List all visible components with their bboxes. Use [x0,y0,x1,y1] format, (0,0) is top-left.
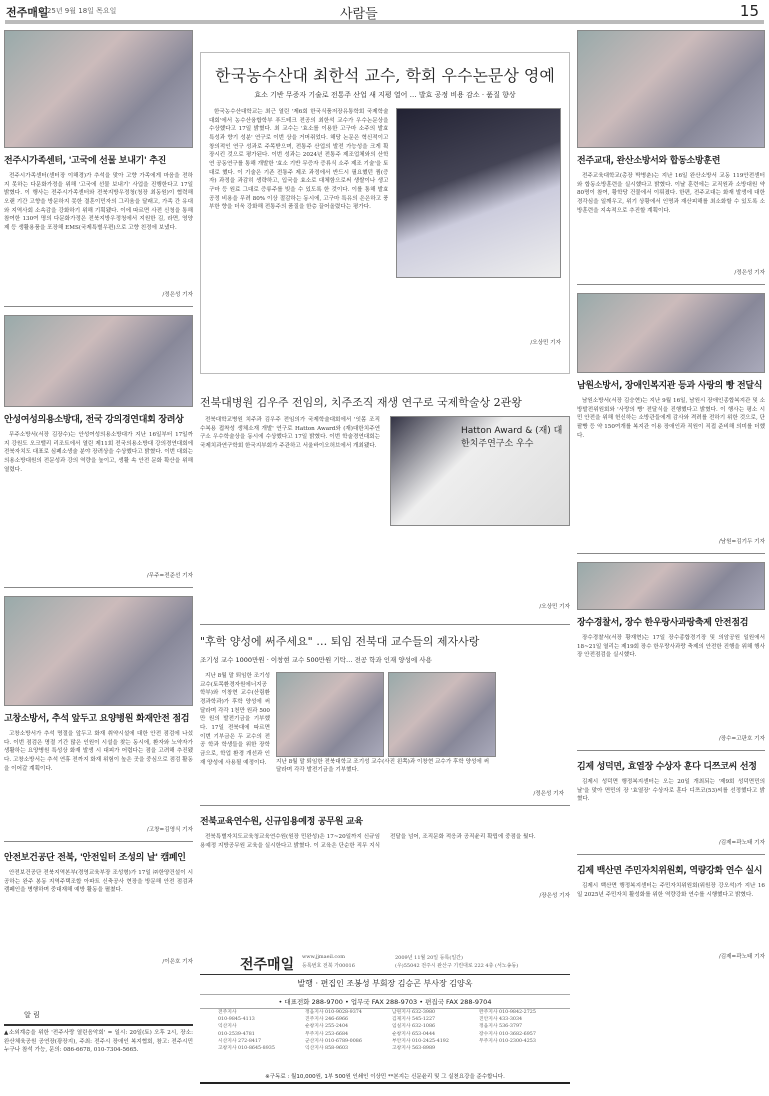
branch: 진주지사 246-6966 [305,1016,392,1023]
article-body: 남원소방서(서장 김승현)는 지난 9월 16일, 남원시 장애인종합복지관 및… [577,397,765,537]
branch: 부안지사 010-2425-4192 [392,1038,479,1045]
byline: /장은성 기자 [200,891,570,899]
branch: 익산지사 858-9603 [305,1045,392,1052]
page-header: 전주매일 2025년 9월 18일 목요일 사람들 15 [0,0,769,24]
article-photo [577,293,765,373]
branch: 고창지사 010-8645-8935 [218,1045,305,1052]
byline: /남원=김기두 기자 [577,537,765,545]
article-title: 남원소방서, 장애인복지관 등과 사랑의 빵 전달식 [577,378,765,391]
article-body: 고창소방서가 추석 명절을 앞두고 화재 취약시설에 대한 안전 점검에 나섰다… [4,730,193,825]
branch: 고창지사 563-8989 [392,1045,479,1052]
article-photo [4,30,193,148]
center-column: 전북대병원 김우주 전임의, 치주조직 재생 연구로 국제학술상 2관왕 전북대… [200,388,570,899]
masthead-logo: 전주매일 [240,954,294,974]
article-body: 김제시 백산면 행정복지센터는 주민자치위원회(위원장 강오석)가 지난 16일… [577,882,765,952]
lead-photo [396,108,561,278]
branch: 진안지사 433-3034 [479,1016,566,1023]
article-title: 전북교육연수원, 신규임용예정 공무원 교육 [200,814,570,827]
branch: 군산지사 010-6789-0086 [305,1038,392,1045]
donation-photo-1 [276,672,384,757]
byline: /김제=곽노태 기자 [577,838,765,846]
divider [4,587,193,588]
article-body: 전북특별자치도교육청교육연수원(원장 민완성)은 17~20일까지 신규임용예정… [200,833,570,891]
divider [4,841,193,842]
byline: /고창=김영식 기자 [4,825,193,833]
article-body: 전주교육대학교(총장 박병춘)는 지난 16일 완산소방서 교동 119안전센터… [577,172,765,268]
masthead-address: (우)55042 전주시 완산구 기린대로 222 4층 (서노송동) [395,962,518,969]
branch: 익산지사 [218,1023,305,1030]
issue-date: 2025년 9월 18일 목요일 [38,6,116,16]
article-title: 고창소방서, 추석 앞두고 요양병원 화재안전 점검 [4,711,193,724]
article-body: 김제시 성덕면 행정복지센터는 오는 20일 개최되는 '제9회 성덕면민의 날… [577,778,765,838]
byline: /오상민 기자 [396,338,561,346]
branch: 전주지사 [218,1009,305,1016]
branch: 순창지사 255-2404 [305,1023,392,1030]
lead-headline: 한국농수산대 최한석 교수, 학회 우수논문상 영예 [201,63,569,86]
article-title: "후학 양성에 써주세요" … 퇴임 전북대 교수들의 제자사랑 [200,633,570,649]
article-body: 지난 8월 말 퇴임한 조기성 교수(토목환경자원에너지공학부)와 이창현 교수… [200,672,270,797]
article-title: 전주교대, 완산소방서와 합동소방훈련 [577,153,765,166]
byline: /정은성 기자 [502,789,564,797]
branch: 정읍지사 536-3797 [479,1023,566,1030]
masthead-regdate: 2009년 11월 20일 등록(일간) [395,954,463,961]
branch: 임실지사 632-1086 [392,1023,479,1030]
divider [577,854,765,855]
masthead-phone: • 대표전화 288-9700 • 업무국 FAX 288-9703 • 편집국… [200,994,570,1009]
branch: 무주지사 253-6684 [305,1031,392,1038]
photo-caption: 지난 8월 말 퇴임한 전북대학교 조기성 교수(사진 왼쪽)과 이창현 교수가… [276,757,496,773]
divider [200,624,570,625]
notice-title: 알 림 [24,1010,193,1020]
article-title: 안성여성의용소방대, 전국 강의경연대회 장려상 [4,412,193,425]
branch: 남원지사 632-3980 [392,1009,479,1016]
lead-subheadline: 효소 기반 무증자 기술로 전통주 산업 새 지평 열어 … 발효 공정 비용 … [201,90,569,100]
article-body: 전북대학교병원 치주과 김우주 전임의가 국제학술대회에서 '잇몸 조직 수복용… [200,416,380,616]
lead-article: 한국농수산대 최한석 교수, 학회 우수논문상 영예 효소 기반 무증자 기술로… [200,52,570,374]
masthead-reg: 등록번호 전북 가00016 [302,962,355,969]
article-body: 무주소방서(서장 김장수)는 안성여성의용소방대가 지난 16일부터 17일까지… [4,431,193,571]
branch: 김제지사 545-1227 [392,1016,479,1023]
left-column: 전주시가족센터, '고국에 선물 보내기' 추진 전주시가족센터(센터장 이해경… [4,30,193,965]
divider [577,750,765,751]
article-title: 김제 성덕면, 효열장 수상자 훈다 디쯔코씨 선정 [577,759,765,772]
branch: 010-9845-4113 [218,1016,305,1023]
divider [577,284,765,285]
page-number: 15 [740,2,759,20]
notice-box: 알 림 ▲소외계층을 위한 '전주사랑 열린음악회' = 일시: 20일(토) … [4,1010,193,1055]
branch: 010-2539-4781 [218,1031,305,1038]
notice-body: ▲소외계층을 위한 '전주사랑 열린음악회' = 일시: 20일(토) 오후 2… [4,1029,193,1055]
article-title: 전북대병원 김우주 전임의, 치주조직 재생 연구로 국제학술상 2관왕 [200,394,570,410]
masthead-staff: 발행 · 편집인 조봉성 부회장 김승곤 부사장 김양옥 [200,978,570,989]
byline: /장수=고판호 기자 [577,734,765,742]
divider [4,306,193,307]
article-body: 안전보건공단 전북지역본부(경영교육부장 조성형)가 17일 ㈜한양건설이 시공… [4,869,193,957]
article-photo [4,596,193,706]
byline: /정은성 기자 [577,268,765,276]
article-title: 장수경찰서, 장수 한우랑사과랑축제 안전점검 [577,615,765,628]
article-subtitle: 조기성 교수 1000만원 · 이창현 교수 500만원 기탁… 전공 학과 인… [200,655,570,664]
byline: /오상민 기자 [390,602,570,610]
article-photo [4,315,193,407]
branch: 시산지사 272-8417 [218,1038,305,1045]
branch: 정읍지사 010-9028-9374 [305,1009,392,1016]
header-rule [5,20,764,24]
article-body: 장수경찰서(서장 황재현)는 17일 장수종합경기장 및 의암공원 일원에서 1… [577,634,765,734]
branch-list: 전주지사정읍지사 010-9028-9374남원지사 632-3980완주지사 … [218,1009,566,1052]
branch: 완주지사 010-9842-2725 [479,1009,566,1016]
byline: /정은성 기자 [4,290,193,298]
branch: 순창지사 653-0444 [392,1031,479,1038]
award-photo: Hatton Award & (재) 대한치주연구소 우수 [390,416,570,526]
divider [200,805,570,806]
branch [479,1045,566,1052]
right-column: 전주교대, 완산소방서와 합동소방훈련 전주교육대학교(총장 박병춘)는 지난 … [577,30,765,960]
article-photo [577,30,765,148]
article-title: 김제 백산면 주민자치위원회, 역량강화 연수 실시 [577,863,765,876]
donation-photo-2 [388,672,496,757]
byline: /김제=곽노태 기자 [577,952,765,960]
branch: 장수지사 010-3682-6957 [479,1031,566,1038]
article-photo [577,562,765,610]
byline: /무주=전준선 기자 [4,571,193,579]
branch: 무주지사 010-2300-4253 [479,1038,566,1045]
byline: /이은호 기자 [4,957,193,965]
divider [577,553,765,554]
masthead-url[interactable]: www.jjmaeil.com [302,954,345,960]
article-title: 전주시가족센터, '고국에 선물 보내기' 추진 [4,153,193,166]
article-title: 안전보건공단 전북, '안전일터 조성의 날' 캠페인 [4,850,193,863]
masthead-footer: ※구독료 : 월10,000원, 1부 500원 인쇄인 이상민 **본지는 신… [200,1072,570,1084]
lead-body: 한국농수산대학교는 최근 열린 '제6회 한국식품저장유통학회 국제학술대회'에… [209,108,388,348]
article-body: 전주시가족센터(센터장 이해경)가 추석을 맞아 고향 가족에게 마음을 전하지… [4,172,193,290]
